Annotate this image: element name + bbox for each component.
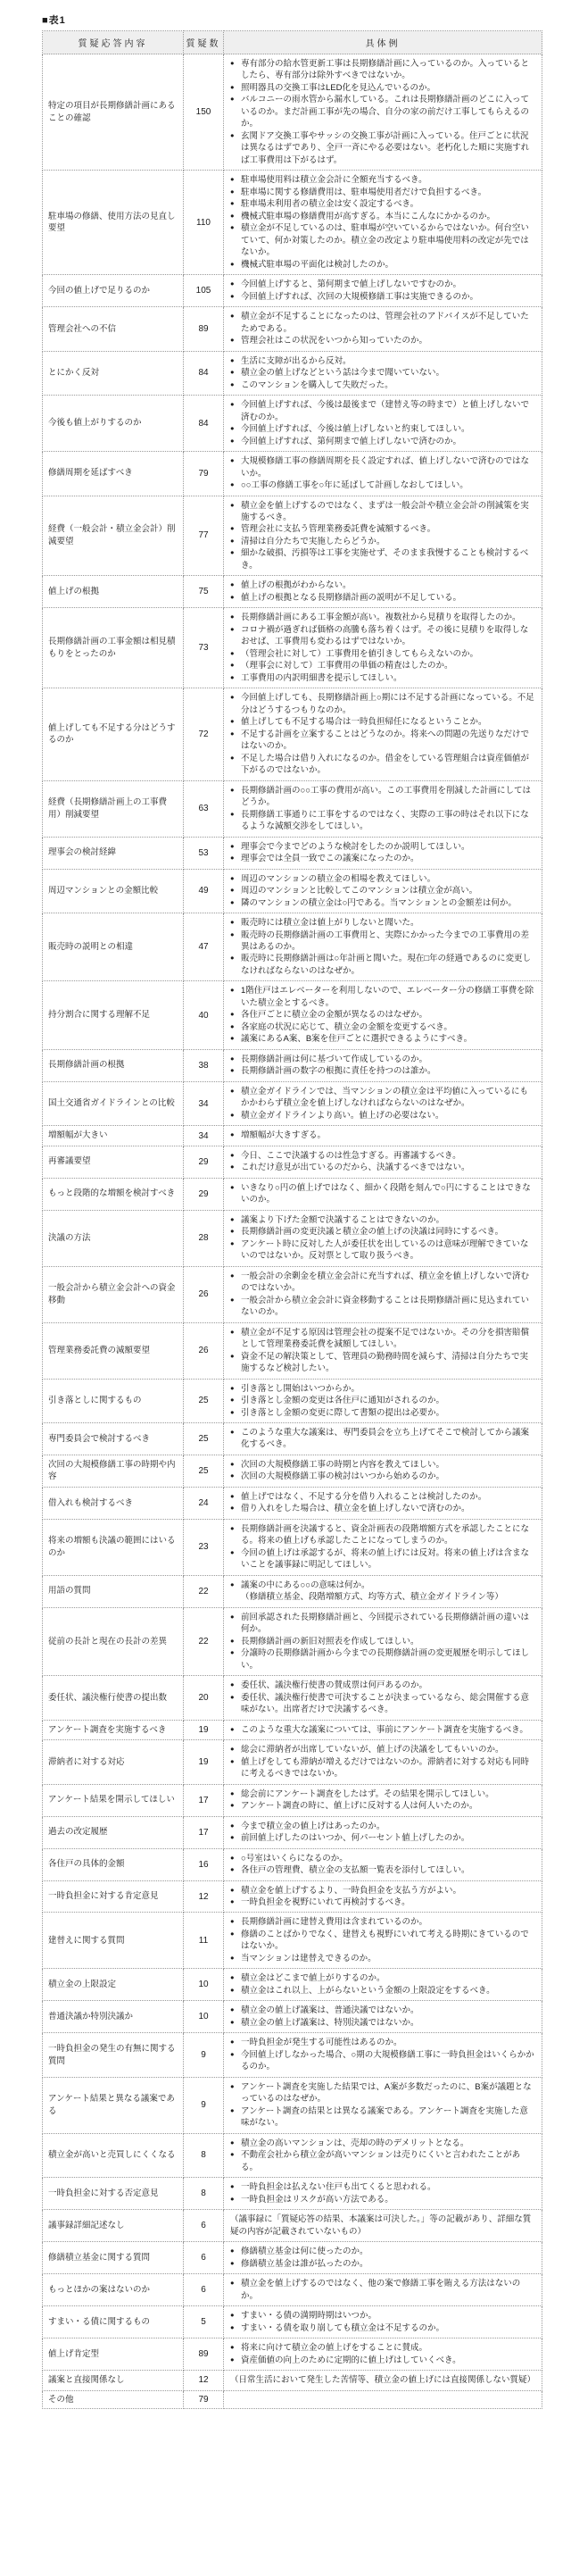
example-item: 値上げではなく、不足する分を借り入れることは検討したのか。	[230, 1491, 536, 1503]
example-item: 今回値上げすれば、第何期まで値上げしないで済むのか。	[230, 436, 536, 447]
examples-cell: 長期修繕計画の○○工事の費用が高い。この工事費用を削減した計画にしてはどうか。長…	[224, 780, 542, 837]
example-item: 機械式駐車場の平面化は検討したのか。	[230, 259, 536, 271]
topic-cell: 引き落としに関するもの	[43, 1379, 184, 1422]
examples-cell: 修繕積立基金は何に使ったのか。修繕積立基金は誰が払ったのか。	[224, 2242, 542, 2274]
table-row: 建替えに関する質問11長期修繕計画に建替え費用は含まれているのか。修繕のことばか…	[43, 1913, 542, 1969]
count-cell: 6	[184, 2274, 224, 2306]
topic-cell: 周辺マンションとの金額比較	[43, 869, 184, 913]
example-item: 積立金を値上げするのではなく、まずは一般会計や積立金会計の削減策を実施するべき。	[230, 500, 536, 524]
questions-table: 質疑応答内容 質疑数 具体例 特定の項目が長期修繕計画にあることの確認150専有…	[42, 30, 542, 2409]
example-item: 一時負担金はリスクが高い方法である。	[230, 2194, 536, 2205]
examples-cell: 積立金が不足することになったのは、管理会社のアドバイスが不足していたためである。…	[224, 307, 542, 351]
topic-cell: 今回の値上げで足りるのか	[43, 275, 184, 307]
examples-cell: （議事録に「質疑応答の結果、本議案は可決した。」等の記載があり、詳細な質疑の内容…	[224, 2210, 542, 2242]
example-item: 積立金の値上げ議案は、普通決議ではないか。	[230, 2005, 536, 2016]
example-item: 総会前にアンケート調査をしたはず。その結果を開示してほしい。	[230, 1788, 536, 1800]
example-item: 値上げをしても滞納が増えるだけではないのか。滞納者に対する対応も同時に考えるべき…	[230, 1756, 536, 1780]
example-item: 積立金の高いマンションは、売却の時のデメリットとなる。	[230, 2138, 536, 2149]
examples-cell: 長期修繕計画を決議すると、資金計画表の段階増額方式を承認したことになる。将来の値…	[224, 1519, 542, 1575]
example-item: 各家庭の状況に応じて、積立金の金額を変更するべき。	[230, 1021, 536, 1033]
topic-cell: 従前の長計と現在の長計の差異	[43, 1607, 184, 1675]
document-page: ■表1 質疑応答内容 質疑数 具体例 特定の項目が長期修繕計画にあることの確認1…	[0, 0, 571, 2445]
examples-cell: 今回値上げすれば、今後は最後まで（建替え等の時まで）と値上げしないで済むのか。今…	[224, 396, 542, 452]
examples-cell: 前回承認された長期修繕計画と、今回提示されている長期修繕計画の違いは何か。長期修…	[224, 1607, 542, 1675]
example-item: 積立金の値上げ議案は、特別決議ではないか。	[230, 2017, 536, 2029]
example-item: （議事録に「質疑応答の結果、本議案は可決した。」等の記載があり、詳細な質疑の内容…	[230, 2213, 536, 2238]
count-cell: 34	[184, 1126, 224, 1146]
topic-cell: 値上げ肯定型	[43, 2338, 184, 2371]
example-item: 一時負担金が発生する可能性はあるのか。	[230, 2037, 536, 2048]
examples-cell: 積立金はどこまで値上がりするのか。積立金はこれ以上、上がらないという金額の上限設…	[224, 1969, 542, 2001]
count-cell: 110	[184, 171, 224, 275]
topic-cell: 駐車場の修繕、使用方法の見直し要望	[43, 171, 184, 275]
topic-cell: 過去の改定履歴	[43, 1816, 184, 1848]
count-cell: 19	[184, 1740, 224, 1784]
example-item: 管理会社に支払う管理業務委託費を減額するべき。	[230, 523, 536, 535]
table-row: 値上げの根拠75値上げの根拠がわからない。値上げの根拠となる長期修繕計画の説明が…	[43, 576, 542, 608]
count-cell: 47	[184, 913, 224, 981]
count-cell: 77	[184, 496, 224, 576]
topic-cell: もっとほかの案はないのか	[43, 2274, 184, 2306]
examples-cell: 積立金を値上げするより、一時負担金を支払う方がよい。一時負担金を視野にいれて再検…	[224, 1880, 542, 1913]
count-cell: 17	[184, 1816, 224, 1848]
examples-cell: 一般会計の余剰金を積立金会計に充当すれば、積立金を値上げしないで済むのではないか…	[224, 1266, 542, 1322]
table-title: ■表1	[42, 13, 571, 27]
example-item: 販売時には積立金は値上がりしないと聞いた。	[230, 917, 536, 929]
table-row: 借入れも検討するべき24値上げではなく、不足する分を借り入れることは検討したのか…	[43, 1487, 542, 1519]
example-item: 隣のマンションの積立金は○円である。当マンションとの金額差は何か。	[230, 897, 536, 909]
example-item: 一般会計の余剰金を積立金会計に充当すれば、積立金を値上げしないで済むのではないか…	[230, 1271, 536, 1295]
topic-cell: 修繕周期を延ばすべき	[43, 452, 184, 496]
topic-cell: 建替えに関する質問	[43, 1913, 184, 1969]
example-item: 今回値上げすれば、今後は最後まで（建替え等の時まで）と値上げしないで済むのか。	[230, 399, 536, 423]
topic-cell: 次回の大規模修繕工事の時期や内容	[43, 1455, 184, 1487]
topic-cell: 一時負担金に対する肯定意見	[43, 1880, 184, 1913]
examples-cell: 総会前にアンケート調査をしたはず。その結果を開示してほしい。アンケート調査の時に…	[224, 1784, 542, 1816]
table-row: 議案と直接関係なし12（日常生活において発生した苦情等、積立金の値上げには直接関…	[43, 2371, 542, 2390]
examples-cell: 値上げではなく、不足する分を借り入れることは検討したのか。借り入れをした場合は、…	[224, 1487, 542, 1519]
example-item: 積立金が不足しているのは、駐車場が空いているからではないか。何台空いていて、何か…	[230, 222, 536, 258]
example-item: 値上げの根拠となる長期修繕計画の説明が不足している。	[230, 592, 536, 604]
count-cell: 49	[184, 869, 224, 913]
count-cell: 79	[184, 452, 224, 496]
example-item: 積立金はこれ以上、上がらないという金額の上限設定をするべき。	[230, 1985, 536, 1997]
example-item: 販売時の長期修繕計画の工事費用と、実際にかかった今までの工事費用の差異はあるのか…	[230, 930, 536, 954]
topic-cell: アンケート結果を開示してほしい	[43, 1784, 184, 1816]
count-cell: 23	[184, 1519, 224, 1575]
table-row: 管理業務委託費の減額要望26積立金が不足する原因は管理会社の提案不足ではないか。…	[43, 1322, 542, 1379]
table-row: アンケート結果を開示してほしい17総会前にアンケート調査をしたはず。その結果を開…	[43, 1784, 542, 1816]
topic-cell: 今後も値上がりするのか	[43, 396, 184, 452]
example-item: 長期修繕計画の変更決議と積立金の値上げの決議は同時にするべき。	[230, 1226, 536, 1238]
count-cell: 17	[184, 1784, 224, 1816]
topic-cell: 長期修繕計画の工事金額は相見積もりをとったのか	[43, 608, 184, 688]
count-cell: 9	[184, 2033, 224, 2077]
examples-cell: 駐車場使用料は積立金会計に全額充当するべき。駐車場に関する修繕費用は、駐車場使用…	[224, 171, 542, 275]
example-item: 資産価値の向上のために定期的に値上げはしていくべき。	[230, 2355, 536, 2366]
topic-cell: 特定の項目が長期修繕計画にあることの確認	[43, 54, 184, 171]
table-row: すまい・る債に関するもの5すまい・る債の満期時期はいつか。すまい・る債を取り崩し…	[43, 2306, 542, 2338]
example-item: 委任状、議決権行使書の賛成票は何戸あるのか。	[230, 1680, 536, 1691]
example-item: 値上げの根拠がわからない。	[230, 579, 536, 591]
count-cell: 10	[184, 2001, 224, 2033]
count-cell: 8	[184, 2133, 224, 2177]
example-item: アンケート調査の時に、値上げに反対する人は何人いたのか。	[230, 1800, 536, 1812]
table-row: 一時負担金に対する否定意見8一時負担金は払えない住戸も出てくると思われる。一時負…	[43, 2178, 542, 2210]
examples-cell: 生活に支障が出るから反対。積立金の値上げなどという話は今まで聞いていない。このマ…	[224, 351, 542, 395]
example-item: （管理会社に対して）工事費用を値引きしてもらえないのか。	[230, 648, 536, 660]
topic-cell: 積立金の上限設定	[43, 1969, 184, 2001]
topic-cell: 一時負担金に対する否定意見	[43, 2178, 184, 2210]
examples-cell	[224, 2390, 542, 2409]
examples-cell: 積立金の高いマンションは、売却の時のデメリットとなる。不動産会社から積立金が高い…	[224, 2133, 542, 2177]
examples-cell: 次回の大規模修繕工事の時期と内容を教えてほしい。次回の大規模修繕工事の検討はいつ…	[224, 1455, 542, 1487]
table-row: 将来の増額も決議の範囲にはいるのか23長期修繕計画を決議すると、資金計画表の段階…	[43, 1519, 542, 1575]
header-topic: 質疑応答内容	[43, 31, 184, 54]
count-cell: 84	[184, 396, 224, 452]
topic-cell: 一般会計から積立金会計への資金移動	[43, 1266, 184, 1322]
topic-cell: アンケート結果と異なる議案である	[43, 2077, 184, 2133]
topic-cell: 持分割合に関する理解不足	[43, 981, 184, 1049]
examples-cell: 今回値上げしても、長期修繕計画上○期には不足する計画になっている。不足分はどうす…	[224, 688, 542, 780]
example-item: 前回値上げしたのはいつか、何パーセント値上げしたのか。	[230, 1832, 536, 1844]
count-cell: 25	[184, 1422, 224, 1455]
count-cell: 6	[184, 2242, 224, 2274]
topic-cell: とにかく反対	[43, 351, 184, 395]
count-cell: 8	[184, 2178, 224, 2210]
table-row: 経費（長期修繕計画上の工事費用）削減要望63長期修繕計画の○○工事の費用が高い。…	[43, 780, 542, 837]
count-cell: 9	[184, 2077, 224, 2133]
examples-cell: 積立金を値上げするのではなく、まずは一般会計や積立金会計の削減策を実施するべき。…	[224, 496, 542, 576]
examples-cell: 販売時には積立金は値上がりしないと聞いた。販売時の長期修繕計画の工事費用と、実際…	[224, 913, 542, 981]
table-row: 長期修繕計画の根拠38長期修繕計画は何に基づいて作成しているのか。長期修繕計画の…	[43, 1049, 542, 1081]
count-cell: 89	[184, 307, 224, 351]
example-item: コロナ禍が過ぎれば価格の高騰も落ち着くはず。その後に見積りを取得しなおせば、工事…	[230, 624, 536, 648]
table-row: 国土交通省ガイドラインとの比較34積立金ガイドラインでは、当マンションの積立金は…	[43, 1081, 542, 1125]
example-item: 今回の値上げは承認するが、将来の値上げには反対。将来の値上げは含まないことを議事…	[230, 1547, 536, 1571]
table-row: 長期修繕計画の工事金額は相見積もりをとったのか73長期修繕計画にある工事金額が高…	[43, 608, 542, 688]
example-item: （日常生活において発生した苦情等、積立金の値上げには直接関係しない質疑）	[230, 2374, 536, 2386]
table-row: 今後も値上がりするのか84今回値上げすれば、今後は最後まで（建替え等の時まで）と…	[43, 396, 542, 452]
table-row: 決議の方法28議案より下げた金額で決議することはできないのか。長期修繕計画の変更…	[43, 1210, 542, 1266]
table-row: 値上げしても不足する分はどうするのか72今回値上げしても、長期修繕計画上○期には…	[43, 688, 542, 780]
examples-cell: ○号室はいくらになるのか。各住戸の管理費、積立金の支払額一覧表を添付してほしい。	[224, 1848, 542, 1880]
table-row: 特定の項目が長期修繕計画にあることの確認150専有部分の給水管更新工事は長期修繕…	[43, 54, 542, 171]
example-item: 照明器具の交換工事はLED化を見込んでいるのか。	[230, 82, 536, 94]
example-item: 生活に支障が出るから反対。	[230, 355, 536, 367]
count-cell: 10	[184, 1969, 224, 2001]
example-item: 値上げしても不足する場合は一時負担帰任になるということか。	[230, 716, 536, 728]
example-item: 積立金を値上げするのではなく、他の案で修繕工事を賄える方法はないのか。	[230, 2278, 536, 2302]
example-item: バルコニーの雨水管から漏水している。これは長期修繕計画のどこに入っているのか。ま…	[230, 94, 536, 129]
example-item: 一時負担金は払えない住戸も出てくると思われる。	[230, 2181, 536, 2193]
topic-cell: 滞納者に対する対応	[43, 1740, 184, 1784]
example-item: 周辺のマンションの積立金の相場を教えてほしい。	[230, 873, 536, 885]
examples-cell: 積立金ガイドラインでは、当マンションの積立金は平均値に入っているにもかかわらず積…	[224, 1081, 542, 1125]
examples-cell: 積立金の値上げ議案は、普通決議ではないか。積立金の値上げ議案は、特別決議ではない…	[224, 2001, 542, 2033]
topic-cell: 値上げしても不足する分はどうするのか	[43, 688, 184, 780]
table-row: 専門委員会で検討するべき25このような重大な議案は、専門委員会を立ち上げてそこで…	[43, 1422, 542, 1455]
count-cell: 29	[184, 1178, 224, 1210]
count-cell: 19	[184, 1720, 224, 1739]
example-item: 今日、ここで決議するのは性急すぎる。再審議するべき。	[230, 1150, 536, 1162]
topic-cell: 用語の質問	[43, 1575, 184, 1607]
example-item: 当マンションは建替えできるのか。	[230, 1953, 536, 1964]
example-item: 不動産会社から積立金が高いマンションは売りにくいと言われたことがある。	[230, 2149, 536, 2173]
topic-cell: 経費（一般会計・積立金会計）削減要望	[43, 496, 184, 576]
table-row: 持分割合に関する理解不足401階住戸はエレベーターを利用しないので、エレベーター…	[43, 981, 542, 1049]
count-cell: 105	[184, 275, 224, 307]
example-item: 積立金を値上げするより、一時負担金を支払う方がよい。	[230, 1885, 536, 1897]
example-item: 今回値上げすれば、今後は値上げしないと約束してほしい。	[230, 423, 536, 435]
example-item: 修繕積立基金は誰が払ったのか。	[230, 2258, 536, 2270]
count-cell: 79	[184, 2390, 224, 2409]
topic-cell: 委任状、議決権行使書の提出数	[43, 1676, 184, 1720]
examples-cell: 専有部分の給水管更新工事は長期修繕計画に入っているのか。入っているとしたら、専有…	[224, 54, 542, 171]
table-row: とにかく反対84生活に支障が出るから反対。積立金の値上げなどという話は今まで聞い…	[43, 351, 542, 395]
example-item: 委任状、議決権行使書で可決することが決まっているなら、総会開催する意味がない。出…	[230, 1692, 536, 1716]
examples-cell: 1階住戸はエレベーターを利用しないので、エレベーター分の修繕工事費を除いた積立金…	[224, 981, 542, 1049]
table-row: 委任状、議決権行使書の提出数20委任状、議決権行使書の賛成票は何戸あるのか。委任…	[43, 1676, 542, 1720]
example-item: 細かな破損、汚損等は工事を実施せず、そのまま我慢することも検討するべき。	[230, 547, 536, 571]
example-item: すまい・る債を取り崩しても積立金は不足するのか。	[230, 2322, 536, 2334]
topic-cell: 専門委員会で検討するべき	[43, 1422, 184, 1455]
example-item: このような重大な議案については、事前にアンケート調査を実施するべき。	[230, 1724, 536, 1736]
example-item: 長期修繕計画に建替え費用は含まれているのか。	[230, 1916, 536, 1928]
example-item: 前回承認された長期修繕計画と、今回提示されている長期修繕計画の違いは何か。	[230, 1612, 536, 1636]
example-item: 分譲時の長期修繕計画から今までの長期修繕計画の変更履歴を明示してほしい。	[230, 1647, 536, 1671]
example-item: 周辺のマンションと比較してこのマンションは積立金が高い。	[230, 885, 536, 896]
table-header: 質疑応答内容 質疑数 具体例	[43, 31, 542, 54]
topic-cell: 借入れも検討するべき	[43, 1487, 184, 1519]
examples-cell: 長期修繕計画に建替え費用は含まれているのか。修繕のことばかりでなく、建替えも視野…	[224, 1913, 542, 1969]
count-cell: 75	[184, 576, 224, 608]
examples-cell: 議案より下げた金額で決議することはできないのか。長期修繕計画の変更決議と積立金の…	[224, 1210, 542, 1266]
example-item: 積立金ガイドラインより高い。値上げの必要はない。	[230, 1110, 536, 1121]
example-item: アンケート調査の結果とは異なる議案である。アンケート調査を実施した意味がない。	[230, 2105, 536, 2130]
topic-cell: 各住戸の具体的金額	[43, 1848, 184, 1880]
example-item: 長期修繕計画にある工事金額が高い。複数社から見積りを取得したのか。	[230, 612, 536, 623]
examples-cell: 大規模修繕工事の修繕周期を長く設定すれば、値上げしないで済むのではないか。○○工…	[224, 452, 542, 496]
example-item: 理事会で今までどのような検討をしたのか説明してほしい。	[230, 841, 536, 853]
header-examples: 具体例	[224, 31, 542, 54]
example-item: これだけ意見が出ているのだから、決議するべきではない。	[230, 1162, 536, 1173]
example-item: 議案より下げた金額で決議することはできないのか。	[230, 1214, 536, 1226]
example-item: 引き落とし金額の変更は各住戸に通知がされるのか。	[230, 1395, 536, 1406]
count-cell: 150	[184, 54, 224, 171]
examples-cell: 長期修繕計画は何に基づいて作成しているのか。長期修繕計画の数字の根拠に責任を持つ…	[224, 1049, 542, 1081]
count-cell: 25	[184, 1455, 224, 1487]
example-item: 各住戸の管理費、積立金の支払額一覧表を添付してほしい。	[230, 1864, 536, 1876]
example-item: 将来に向けて積立金の値上げをすることに賛成。	[230, 2342, 536, 2354]
examples-cell: 理事会で今までどのような検討をしたのか説明してほしい。理事会では全員一致でこの議…	[224, 837, 542, 869]
table-row: 値上げ肯定型89将来に向けて積立金の値上げをすることに賛成。資産価値の向上のため…	[43, 2338, 542, 2371]
example-item: このマンションを購入して失敗だった。	[230, 379, 536, 391]
table-row: 修繕積立基金に関する質問6修繕積立基金は何に使ったのか。修繕積立基金は誰が払った…	[43, 2242, 542, 2274]
table-row: 修繕周期を延ばすべき79大規模修繕工事の修繕周期を長く設定すれば、値上げしないで…	[43, 452, 542, 496]
topic-cell: 議事録詳細記述なし	[43, 2210, 184, 2242]
topic-cell: 管理会社への不信	[43, 307, 184, 351]
example-item: 駐車場に関する修繕費用は、駐車場使用者だけで負担するべき。	[230, 187, 536, 198]
example-item: 積立金が不足することになったのは、管理会社のアドバイスが不足していたためである。	[230, 311, 536, 335]
example-item: 長期修繕工事通りに工事をするのではなく、実際の工事の時はそれ以下になるような減額…	[230, 809, 536, 833]
count-cell: 38	[184, 1049, 224, 1081]
topic-cell: 普通決議か特別決議か	[43, 2001, 184, 2033]
example-item: 工事費用の内訳明細書を提示してほしい。	[230, 672, 536, 684]
table-row: 各住戸の具体的金額16○号室はいくらになるのか。各住戸の管理費、積立金の支払額一…	[43, 1848, 542, 1880]
count-cell: 20	[184, 1676, 224, 1720]
examples-cell: すまい・る債の満期時期はいつか。すまい・る債を取り崩しても積立金は不足するのか。	[224, 2306, 542, 2338]
table-row: 管理会社への不信89積立金が不足することになったのは、管理会社のアドバイスが不足…	[43, 307, 542, 351]
example-item: 機械式駐車場の修繕費用が高すぎる。本当にこんなにかかるのか。	[230, 211, 536, 222]
example-item: 今回値上げすると、第何期まで値上げしないですむのか。	[230, 279, 536, 290]
examples-cell: 積立金を値上げするのではなく、他の案で修繕工事を賄える方法はないのか。	[224, 2274, 542, 2306]
table-row: 次回の大規模修繕工事の時期や内容25次回の大規模修繕工事の時期と内容を教えてほし…	[43, 1455, 542, 1487]
topic-cell: すまい・る債に関するもの	[43, 2306, 184, 2338]
topic-cell: 長期修繕計画の根拠	[43, 1049, 184, 1081]
example-item: 駐車場使用料は積立金会計に全額充当するべき。	[230, 174, 536, 186]
example-item: アンケート調査を実施した結果では、A案が多数だったのに、B案が議題となっているの…	[230, 2081, 536, 2105]
topic-cell: 販売時の説明との相違	[43, 913, 184, 981]
example-item: 議案の中にある○○の意味は何か。	[230, 1580, 536, 1591]
count-cell: 11	[184, 1913, 224, 1969]
table-row: アンケート結果と異なる議案である9アンケート調査を実施した結果では、A案が多数だ…	[43, 2077, 542, 2133]
example-item: このような重大な議案は、専門委員会を立ち上げてそこで検討してから議案化するべき。	[230, 1427, 536, 1451]
table-row: 積立金の上限設定10積立金はどこまで値上がりするのか。積立金はこれ以上、上がらな…	[43, 1969, 542, 2001]
example-item: 管理会社はこの状況をいつから知っていたのか。	[230, 335, 536, 346]
table-row: 今回の値上げで足りるのか105今回値上げすると、第何期まで値上げしないですむのか…	[43, 275, 542, 307]
example-item: 一般会計から積立金会計に資金移動することは長期修繕計画に見込まれていないのか。	[230, 1295, 536, 1319]
example-item: 修繕のことばかりでなく、建替えも視野にいれて考える時期にきているのではないか。	[230, 1929, 536, 1953]
table-row: 増額幅が大きい34増額幅が大きすぎる。	[43, 1126, 542, 1146]
example-item: 大規模修繕工事の修繕周期を長く設定すれば、値上げしないで済むのではないか。	[230, 455, 536, 479]
example-item: ○号室はいくらになるのか。	[230, 1853, 536, 1864]
table-row: 積立金が高いと売買しにくくなる8積立金の高いマンションは、売却の時のデメリットと…	[43, 2133, 542, 2177]
examples-cell: 今日、ここで決議するのは性急すぎる。再審議するべき。これだけ意見が出ているのだか…	[224, 1146, 542, 1178]
table-row: 議事録詳細記述なし6（議事録に「質疑応答の結果、本議案は可決した。」等の記載があ…	[43, 2210, 542, 2242]
table-row: 一時負担金の発生の有無に関する質問9一時負担金が発生する可能性はあるのか。今回値…	[43, 2033, 542, 2077]
examples-cell: 今まで積立金の値上げはあったのか。前回値上げしたのはいつか、何パーセント値上げし…	[224, 1816, 542, 1848]
example-item: 販売時に長期修繕計画は○年計画と聞いた。現在□年の経過であるのに変更しなければな…	[230, 953, 536, 977]
count-cell: 6	[184, 2210, 224, 2242]
example-item: 長期修繕計画を決議すると、資金計画表の段階増額方式を承認したことになる。将来の値…	[230, 1523, 536, 1547]
topic-cell: 一時負担金の発生の有無に関する質問	[43, 2033, 184, 2077]
examples-cell: 将来に向けて積立金の値上げをすることに賛成。資産価値の向上のために定期的に値上げ…	[224, 2338, 542, 2371]
example-item: 積立金はどこまで値上がりするのか。	[230, 1972, 536, 1984]
count-cell: 26	[184, 1322, 224, 1379]
example-item: 今まで積立金の値上げはあったのか。	[230, 1821, 536, 1832]
example-item: 駐車場未利用者の積立金は安く設定するべき。	[230, 198, 536, 210]
table-row: 理事会の検討経緯53理事会で今までどのような検討をしたのか説明してほしい。理事会…	[43, 837, 542, 869]
table-row: もっと段階的な増額を検討すべき29いきなり○円の値上げではなく、細かく段階を刻ん…	[43, 1178, 542, 1210]
topic-cell: 議案と直接関係なし	[43, 2371, 184, 2390]
table-row: アンケート調査を実施するべき19このような重大な議案については、事前にアンケート…	[43, 1720, 542, 1739]
example-item: 理事会では全員一致でこの議案になったのか。	[230, 853, 536, 864]
table-row: 周辺マンションとの金額比較49周辺のマンションの積立金の相場を教えてほしい。周辺…	[43, 869, 542, 913]
count-cell: 34	[184, 1081, 224, 1125]
examples-cell: 一時負担金は払えない住戸も出てくると思われる。一時負担金はリスクが高い方法である…	[224, 2178, 542, 2210]
examples-cell: このような重大な議案は、専門委員会を立ち上げてそこで検討してから議案化するべき。	[224, 1422, 542, 1455]
example-item: 清掃は自分たちで実施したらどうか。	[230, 536, 536, 547]
example-item: 各住戸ごとに積立金の金額が異なるのはなぜか。	[230, 1009, 536, 1021]
example-item: 不足する計画を立案することはどうなのか。将来への問題の先送りなだけではないのか。	[230, 729, 536, 753]
table-row: 滞納者に対する対応19総会に滞納者が出席していないが、値上げの決議をしてもいいの…	[43, 1740, 542, 1784]
examples-cell: いきなり○円の値上げではなく、細かく段階を刻んで○円にすることはできないのか。	[224, 1178, 542, 1210]
table-row: もっとほかの案はないのか6積立金を値上げするのではなく、他の案で修繕工事を賄える…	[43, 2274, 542, 2306]
count-cell: 12	[184, 2371, 224, 2390]
topic-cell: 決議の方法	[43, 1210, 184, 1266]
example-item: 長期修繕計画の○○工事の費用が高い。この工事費用を削減した計画にしてはどうか。	[230, 785, 536, 809]
count-cell: 63	[184, 780, 224, 837]
table-row: 用語の質問22議案の中にある○○の意味は何か。（修繕積立基金、段階増額方式、均等…	[43, 1575, 542, 1607]
count-cell: 16	[184, 1848, 224, 1880]
examples-cell: 引き落とし開始はいつからか。引き落とし金額の変更は各住戸に通知がされるのか。引き…	[224, 1379, 542, 1422]
topic-cell: 増額幅が大きい	[43, 1126, 184, 1146]
examples-cell: 今回値上げすると、第何期まで値上げしないですむのか。今回値上げすれば、次回の大規…	[224, 275, 542, 307]
examples-cell: 増額幅が大きすぎる。	[224, 1126, 542, 1146]
count-cell: 29	[184, 1146, 224, 1178]
topic-cell: その他	[43, 2390, 184, 2409]
example-item: 修繕積立基金は何に使ったのか。	[230, 2246, 536, 2257]
count-cell: 22	[184, 1607, 224, 1675]
examples-cell: 一時負担金が発生する可能性はあるのか。今回値上げしなかった場合、○期の大規模修繕…	[224, 2033, 542, 2077]
example-item: 借り入れをした場合は、積立金を値上げしないで済むのか。	[230, 1503, 536, 1514]
header-count: 質疑数	[184, 31, 224, 54]
example-item: すまい・る債の満期時期はいつか。	[230, 2310, 536, 2322]
table-row: 従前の長計と現在の長計の差異22前回承認された長期修繕計画と、今回提示されている…	[43, 1607, 542, 1675]
table-row: 駐車場の修繕、使用方法の見直し要望110駐車場使用料は積立金会計に全額充当するべ…	[43, 171, 542, 275]
table-body: 特定の項目が長期修繕計画にあることの確認150専有部分の給水管更新工事は長期修繕…	[43, 54, 542, 2409]
example-item: （理事会に対して）工事費用の単価の精査はしたのか。	[230, 660, 536, 671]
examples-cell: 周辺のマンションの積立金の相場を教えてほしい。周辺のマンションと比較してこのマン…	[224, 869, 542, 913]
count-cell: 28	[184, 1210, 224, 1266]
example-item: 次回の大規模修繕工事の検討はいつから始めるのか。	[230, 1471, 536, 1482]
count-cell: 12	[184, 1880, 224, 1913]
table-row: 過去の改定履歴17今まで積立金の値上げはあったのか。前回値上げしたのはいつか、何…	[43, 1816, 542, 1848]
example-item: アンケート時に反対した人が委任状を出しているのは意味が理解できていないのではない…	[230, 1238, 536, 1263]
count-cell: 84	[184, 351, 224, 395]
table-row: 普通決議か特別決議か10積立金の値上げ議案は、普通決議ではないか。積立金の値上げ…	[43, 2001, 542, 2033]
topic-cell: 理事会の検討経緯	[43, 837, 184, 869]
examples-cell: 議案の中にある○○の意味は何か。（修繕積立基金、段階増額方式、均等方式、積立金ガ…	[224, 1575, 542, 1607]
topic-cell: 積立金が高いと売買しにくくなる	[43, 2133, 184, 2177]
example-item: 増額幅が大きすぎる。	[230, 1130, 536, 1141]
topic-cell: 国土交通省ガイドラインとの比較	[43, 1081, 184, 1125]
example-item: 総会に滞納者が出席していないが、値上げの決議をしてもいいのか。	[230, 1744, 536, 1755]
count-cell: 53	[184, 837, 224, 869]
topic-cell: 管理業務委託費の減額要望	[43, 1322, 184, 1379]
example-item: 今回値上げすれば、次回の大規模修繕工事は実施できるのか。	[230, 291, 536, 303]
example-item: 長期修繕計画の数字の根拠に責任を持つのは誰か。	[230, 1065, 536, 1077]
table-row: 経費（一般会計・積立金会計）削減要望77積立金を値上げするのではなく、まずは一般…	[43, 496, 542, 576]
table-row: 再審議要望29今日、ここで決議するのは性急すぎる。再審議するべき。これだけ意見が…	[43, 1146, 542, 1178]
count-cell: 40	[184, 981, 224, 1049]
topic-cell: アンケート調査を実施するべき	[43, 1720, 184, 1739]
count-cell: 26	[184, 1266, 224, 1322]
examples-cell: このような重大な議案については、事前にアンケート調査を実施するべき。	[224, 1720, 542, 1739]
example-item: 一時負担金を視野にいれて再検討するべき。	[230, 1897, 536, 1908]
count-cell: 5	[184, 2306, 224, 2338]
topic-cell: 経費（長期修繕計画上の工事費用）削減要望	[43, 780, 184, 837]
example-item: （修繕積立基金、段階増額方式、均等方式、積立金ガイドライン等）	[230, 1591, 536, 1603]
table-row: その他79	[43, 2390, 542, 2409]
examples-cell: 総会に滞納者が出席していないが、値上げの決議をしてもいいのか。値上げをしても滞納…	[224, 1740, 542, 1784]
example-item: 長期修繕計画は何に基づいて作成しているのか。	[230, 1054, 536, 1065]
count-cell: 73	[184, 608, 224, 688]
table-row: 引き落としに関するもの25引き落とし開始はいつからか。引き落とし金額の変更は各住…	[43, 1379, 542, 1422]
examples-cell: 委任状、議決権行使書の賛成票は何戸あるのか。委任状、議決権行使書で可決することが…	[224, 1676, 542, 1720]
example-item: 1階住戸はエレベーターを利用しないので、エレベーター分の修繕工事費を除いた積立金…	[230, 985, 536, 1009]
